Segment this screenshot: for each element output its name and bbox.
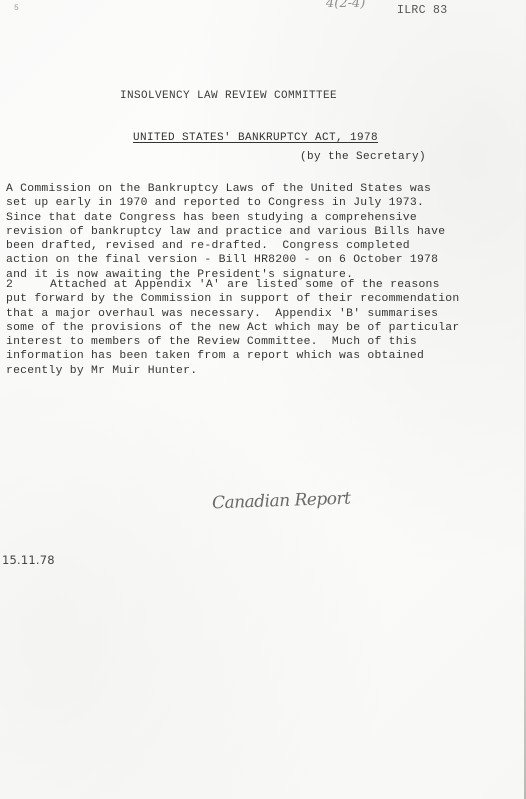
paragraph-line-first: 2Attached at Appendix 'A' are listed som…	[6, 278, 521, 292]
handwritten-note: Canadian Report	[212, 489, 351, 514]
paragraph-line-text: Attached at Appendix 'A' are listed some…	[50, 279, 440, 291]
paragraph-line: action on the final version - Bill HR820…	[6, 253, 521, 267]
committee-heading: INSOLVENCY LAW REVIEW COMMITTEE	[120, 90, 337, 102]
document-title: UNITED STATES' BANKRUPTCY ACT, 1978	[133, 132, 378, 144]
paragraph-line: been drafted, revised and re-drafted. Co…	[6, 239, 521, 253]
paragraph-line: A Commission on the Bankruptcy Laws of t…	[6, 182, 521, 196]
paragraph-line: that a major overhaul was necessary. App…	[6, 307, 521, 321]
paragraph-line: some of the provisions of the new Act wh…	[6, 321, 521, 335]
byline: (by the Secretary)	[300, 151, 426, 163]
reference-code: ILRC 83	[397, 4, 447, 17]
paragraph-line: interest to members of the Review Commit…	[6, 335, 521, 349]
paragraph-line: put forward by the Commission in support…	[6, 292, 521, 306]
handwritten-reference: 4(2-4)	[326, 0, 365, 11]
corner-mark: 5	[14, 4, 19, 13]
document-page: 5 4(2-4) ILRC 83 INSOLVENCY LAW REVIEW C…	[0, 0, 526, 799]
paragraph-line: recently by Mr Muir Hunter.	[6, 364, 521, 378]
paragraph-line: information has been taken from a report…	[6, 349, 521, 363]
paragraph-number: 2	[6, 278, 50, 292]
paragraph-line: revision of bankruptcy law and practice …	[6, 225, 521, 239]
paragraph-line: set up early in 1970 and reported to Con…	[6, 196, 521, 210]
paragraph-2: 2Attached at Appendix 'A' are listed som…	[6, 278, 521, 378]
paragraph-line: Since that date Congress has been studyi…	[6, 211, 521, 225]
document-date: 15.11.78	[2, 553, 55, 567]
paragraph-1: A Commission on the Bankruptcy Laws of t…	[6, 182, 521, 282]
